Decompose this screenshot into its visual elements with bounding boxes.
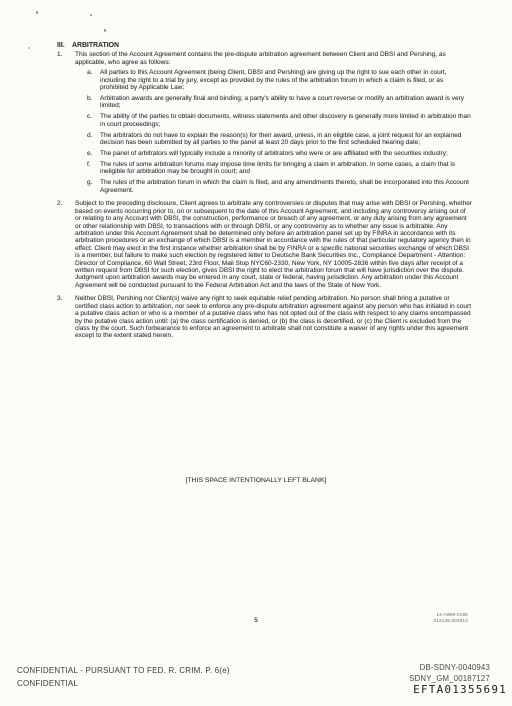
subitem-text: The panel of arbitrators will typically … bbox=[100, 150, 473, 157]
subitem-text: All parties to this Account Agreement (b… bbox=[100, 69, 473, 91]
subitem-text: The ability of the parties to obtain doc… bbox=[100, 113, 473, 128]
scan-speck bbox=[28, 47, 30, 49]
subitem-letter: e. bbox=[87, 150, 100, 157]
document-page: III.ARBITRATION 1. This section of the A… bbox=[0, 0, 512, 706]
subitem-letter: f. bbox=[87, 161, 100, 176]
confidential-line-2: CONFIDENTIAL bbox=[17, 677, 230, 690]
section-heading: III.ARBITRATION bbox=[57, 42, 473, 49]
lettered-subitem-a: a. All parties to this Account Agreement… bbox=[87, 69, 473, 91]
lettered-subitem-d: d. The arbitrators do not have to explai… bbox=[87, 132, 473, 147]
section-number: III. bbox=[57, 42, 72, 49]
doc-ref-line-1: 13-AWM-0196 bbox=[433, 612, 468, 618]
item-text: Neither DBSI, Pershing nor Client(s) wai… bbox=[75, 295, 473, 339]
scan-speck bbox=[104, 29, 107, 32]
numbered-item-1: 1. This section of the Account Agreement… bbox=[57, 51, 473, 197]
item-number: 3. bbox=[57, 295, 75, 342]
blank-space-note: [THIS SPACE INTENTIONALLY LEFT BLANK] bbox=[0, 477, 512, 484]
subitem-text: The rules of the arbitration forum in wh… bbox=[100, 179, 473, 194]
production-numbers: DB-SDNY-0040943 SDNY_GM_00187127 bbox=[409, 663, 490, 684]
lettered-subitem-b: b. Arbitration awards are generally fina… bbox=[87, 95, 473, 110]
confidential-footer: CONFIDENTIAL - PURSUANT TO FED. R. CRIM.… bbox=[17, 664, 230, 690]
subitem-letter: d. bbox=[87, 132, 100, 147]
bates-stamp: EFTA01355691 bbox=[413, 683, 507, 696]
lettered-subitem-g: g. The rules of the arbitration forum in… bbox=[87, 179, 473, 194]
arbitration-section: III.ARBITRATION 1. This section of the A… bbox=[57, 42, 473, 346]
scan-speck bbox=[36, 11, 39, 15]
numbered-item-2: 2. Subject to the preceding disclosure, … bbox=[57, 200, 473, 292]
subitem-letter: g. bbox=[87, 179, 100, 194]
item-text: This section of the Account Agreement co… bbox=[75, 51, 473, 66]
production-number-1: DB-SDNY-0040943 bbox=[409, 663, 490, 674]
subitem-letter: b. bbox=[87, 95, 100, 110]
subitem-text: The arbitrators do not have to explain t… bbox=[100, 132, 473, 147]
subitem-text: Arbitration awards are generally final a… bbox=[100, 95, 473, 110]
doc-ref-line-2: 012145.002813 bbox=[433, 618, 468, 624]
scan-speck bbox=[90, 14, 92, 16]
lettered-subitem-f: f. The rules of some arbitration forums … bbox=[87, 161, 473, 176]
confidential-line-1: CONFIDENTIAL - PURSUANT TO FED. R. CRIM.… bbox=[17, 664, 230, 677]
lettered-subitem-c: c. The ability of the parties to obtain … bbox=[87, 113, 473, 128]
subitem-letter: a. bbox=[87, 69, 100, 91]
item-text: Subject to the preceding disclosure, Cli… bbox=[75, 200, 473, 289]
item-number: 1. bbox=[57, 51, 75, 197]
numbered-item-3: 3. Neither DBSI, Pershing nor Client(s) … bbox=[57, 295, 473, 342]
lettered-subitem-e: e. The panel of arbitrators will typical… bbox=[87, 150, 473, 157]
section-title: ARBITRATION bbox=[72, 42, 119, 49]
subitem-letter: c. bbox=[87, 113, 100, 128]
subitem-text: The rules of some arbitration forums may… bbox=[100, 161, 473, 176]
doc-ref-numbers: 13-AWM-0196 012145.002813 bbox=[433, 612, 468, 624]
item-number: 2. bbox=[57, 200, 75, 292]
